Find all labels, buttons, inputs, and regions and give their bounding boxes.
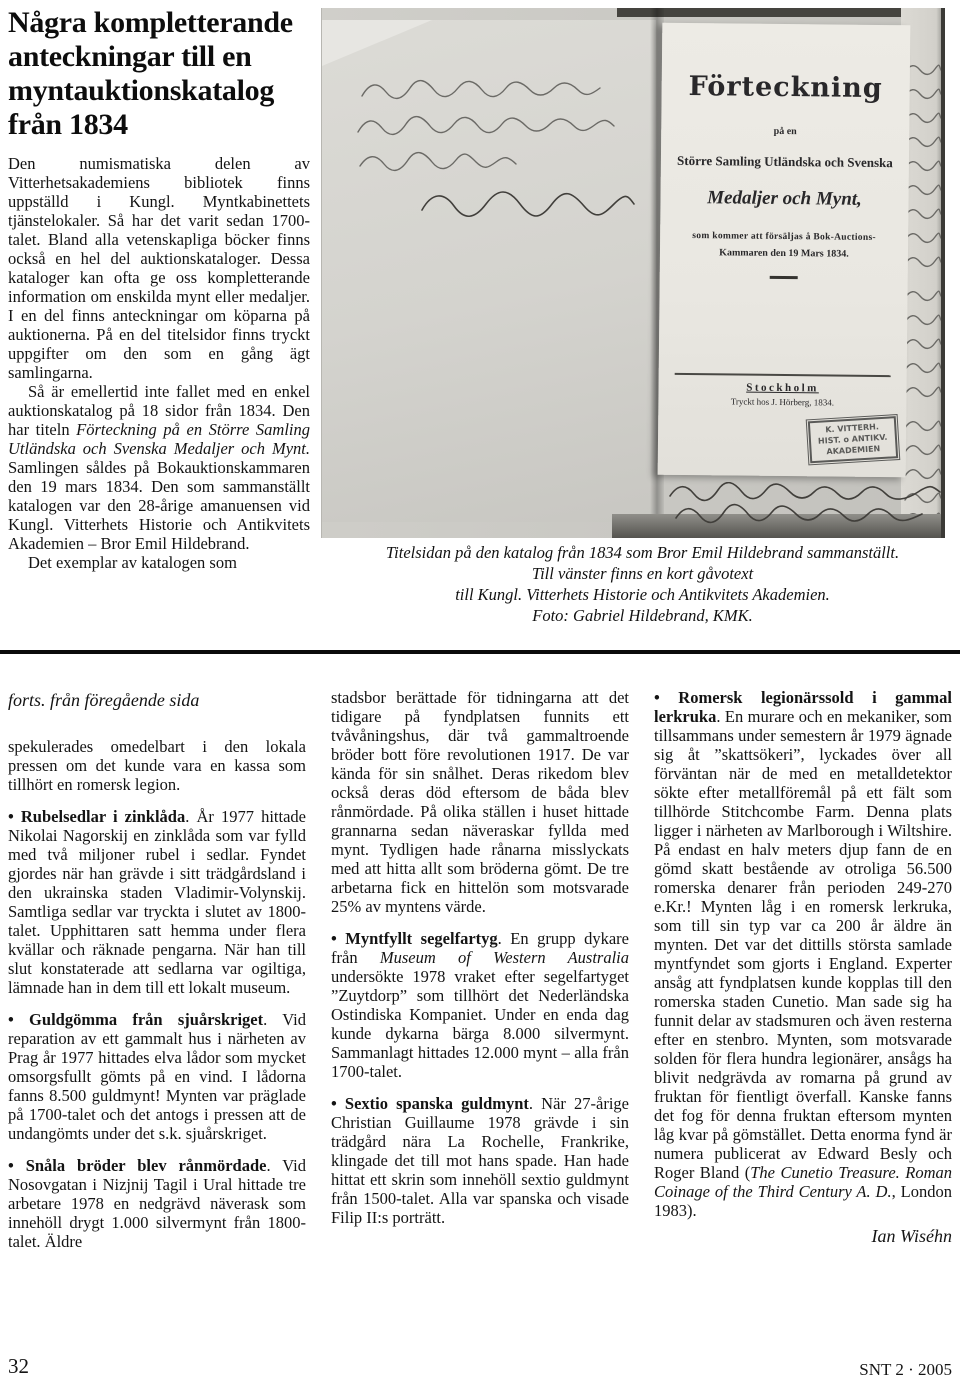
catalog-subtitle: på en <box>661 125 909 139</box>
imprint-city: Stockholm <box>658 381 906 396</box>
catalog-subtitle: Större Samling Utländska och Svenska <box>661 153 909 172</box>
catalog-subtitle: Medaljer och Mynt, <box>660 187 908 212</box>
handwritten-dedication <box>356 74 636 244</box>
separator-dash <box>770 276 798 279</box>
paragraph: • Guldgömma från sjuårskriget. Vid repar… <box>8 1010 306 1143</box>
imprint-rule <box>675 373 891 377</box>
column-1: forts. från föregående sida spekulerades… <box>8 688 306 1356</box>
column-2: stadsbor berättade för tidningarna att d… <box>331 688 629 1356</box>
catalog-subtitle: som kommer att försäljas å Bok-Auctions- <box>660 231 908 244</box>
paragraph: Den numismatiska delen av Vitterhetsakad… <box>8 154 310 382</box>
catalog-heading: Förteckning <box>662 71 910 105</box>
paragraph: • Myntfyllt segelfartyg. En grupp dykare… <box>331 929 629 1081</box>
paragraph: Det exemplar av katalogen som <box>8 553 310 572</box>
academy-stamp: K. VITTERH. HIST. o ANTIKV. AKADEMIEN <box>807 416 897 464</box>
section-divider <box>0 650 960 654</box>
paragraph: • Snåla bröder blev rånmördade. Vid Noso… <box>8 1156 306 1251</box>
magazine-page: { "colors":{"divider":"#0a0a0a","photo_b… <box>0 0 960 1393</box>
article-intro: Några kompletterande anteckningar till e… <box>8 6 310 648</box>
article-body: Den numismatiska delen av Vitterhetsakad… <box>8 154 310 572</box>
continuation-note: forts. från föregående sida <box>8 690 306 711</box>
catalog-photo: Förteckning på en Större Samling Utländs… <box>322 8 945 538</box>
photo-right-edge <box>941 8 945 538</box>
catalog-title-page: Förteckning på en Större Samling Utländs… <box>658 23 911 478</box>
column-3: • Romersk legionärssold i gammal lerkruk… <box>654 688 952 1356</box>
handwritten-notes-below <box>666 482 945 526</box>
page-title: Några kompletterande anteckningar till e… <box>8 6 310 142</box>
paragraph: stadsbor berättade för tidningarna att d… <box>331 688 629 916</box>
page-number: 32 <box>8 1354 29 1379</box>
paragraph: • Sextio spanska guldmynt. När 27-årige … <box>331 1094 629 1227</box>
page-corner <box>322 20 432 66</box>
author-byline: Ian Wiséhn <box>654 1226 952 1247</box>
imprint-printer: Tryckt hos J. Hörberg, 1834. <box>658 396 906 409</box>
paragraph: Så är emellertid inte fallet med en enke… <box>8 382 310 553</box>
paragraph: • Rubelsedlar i zinklåda. År 1977 hittad… <box>8 807 306 997</box>
photo-top-edge <box>617 8 945 17</box>
issue-label: SNT 2 · 2005 <box>859 1360 952 1380</box>
catalog-subtitle: Kammaren den 19 Mars 1834. <box>660 247 908 261</box>
figure-caption: Titelsidan på den katalog från 1834 som … <box>335 542 950 626</box>
paragraph: spekulerades omedelbart i den lokala pre… <box>8 737 306 794</box>
paragraph: • Romersk legionärssold i gammal lerkruk… <box>654 688 952 1220</box>
